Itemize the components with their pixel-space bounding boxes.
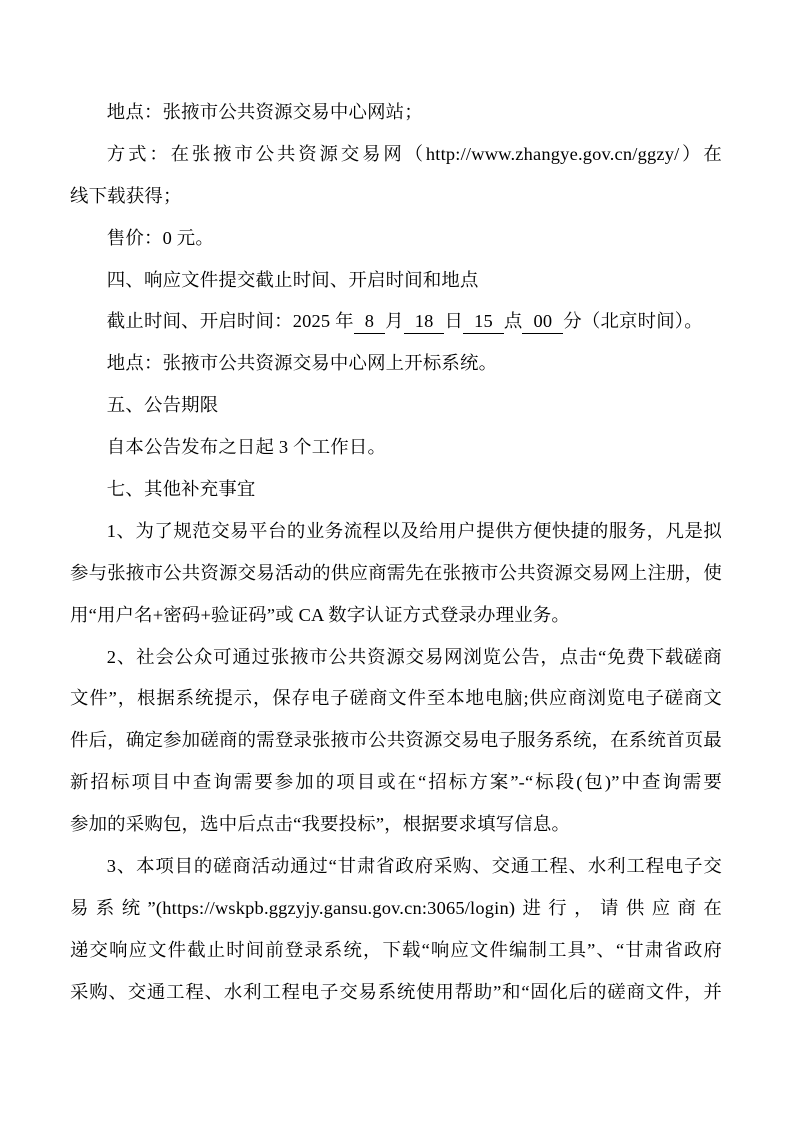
para-2-line-2: 文件”，根据系统提示，保存电子磋商文件至本地电脑;供应商浏览电子磋商文 [70, 678, 722, 720]
deadline-day-unit: 日 [444, 311, 463, 331]
deadline-hour-blank: 15 [463, 309, 504, 334]
para-2-line-5: 参加的采购包，选中后点击“我要投标”，根据要求填写信息。 [70, 804, 722, 846]
para-3-line-4: 采购、交通工程、水利工程电子交易系统使用帮助”和“固化后的磋商文件，并 [70, 972, 722, 1014]
line-download-method: 方式：在张掖市公共资源交易网（http://www.zhangye.gov.cn… [70, 134, 722, 176]
line-opening-location: 地点：张掖市公共资源交易中心网上开标系统。 [70, 343, 722, 385]
deadline-month-unit: 月 [385, 311, 404, 331]
para-2-line-1: 2、社会公众可通过张掖市公共资源交易网浏览公告，点击“免费下载磋商 [70, 637, 722, 679]
para-2-line-4: 新招标项目中查询需要参加的项目或在“招标方案”-“标段(包)”中查询需要 [70, 762, 722, 804]
heading-section-5: 五、公告期限 [70, 385, 722, 427]
line-download-location: 地点：张掖市公共资源交易中心网站； [70, 92, 722, 134]
deadline-minute-suffix: 分（北京时间）。 [563, 311, 703, 331]
para-1-line-3: 用“用户名+密码+验证码”或 CA 数字认证方式登录办理业务。 [70, 595, 722, 637]
para-1-line-1: 1、为了规范交易平台的业务流程以及给用户提供方便快捷的服务，凡是拟 [70, 511, 722, 553]
para-3-line-3: 递交响应文件截止时间前登录系统，下载“响应文件编制工具”、“甘肃省政府 [70, 930, 722, 972]
line-price: 售价：0 元。 [70, 218, 722, 260]
deadline-month-blank: 8 [354, 309, 385, 334]
document-page: 地点：张掖市公共资源交易中心网站； 方式：在张掖市公共资源交易网（http://… [0, 0, 793, 1122]
deadline-minute-blank: 00 [522, 309, 563, 334]
deadline-hour-unit: 点 [504, 311, 523, 331]
heading-section-7: 七、其他补充事宜 [70, 469, 722, 511]
line-deadline-datetime: 截止时间、开启时间：2025 年8月18日15点00分（北京时间）。 [70, 301, 722, 343]
para-1-line-2: 参与张掖市公共资源交易活动的供应商需先在张掖市公共资源交易网上注册，使 [70, 553, 722, 595]
deadline-day-blank: 18 [404, 309, 445, 334]
document-content: 地点：张掖市公共资源交易中心网站； 方式：在张掖市公共资源交易网（http://… [70, 92, 722, 1014]
line-download-method-cont: 线下载获得； [70, 176, 722, 218]
deadline-prefix: 截止时间、开启时间：2025 年 [107, 311, 354, 331]
para-2-line-3: 件后，确定参加磋商的需登录张掖市公共资源交易电子服务系统，在系统首页最 [70, 720, 722, 762]
para-3-line-1: 3、本项目的磋商活动通过“甘肃省政府采购、交通工程、水利工程电子交 [70, 846, 722, 888]
para-3-line-2: 易系统”(https://wskpb.ggzyjy.gansu.gov.cn:3… [70, 888, 722, 930]
line-announcement-period: 自本公告发布之日起 3 个工作日。 [70, 427, 722, 469]
heading-section-4: 四、响应文件提交截止时间、开启时间和地点 [70, 260, 722, 302]
